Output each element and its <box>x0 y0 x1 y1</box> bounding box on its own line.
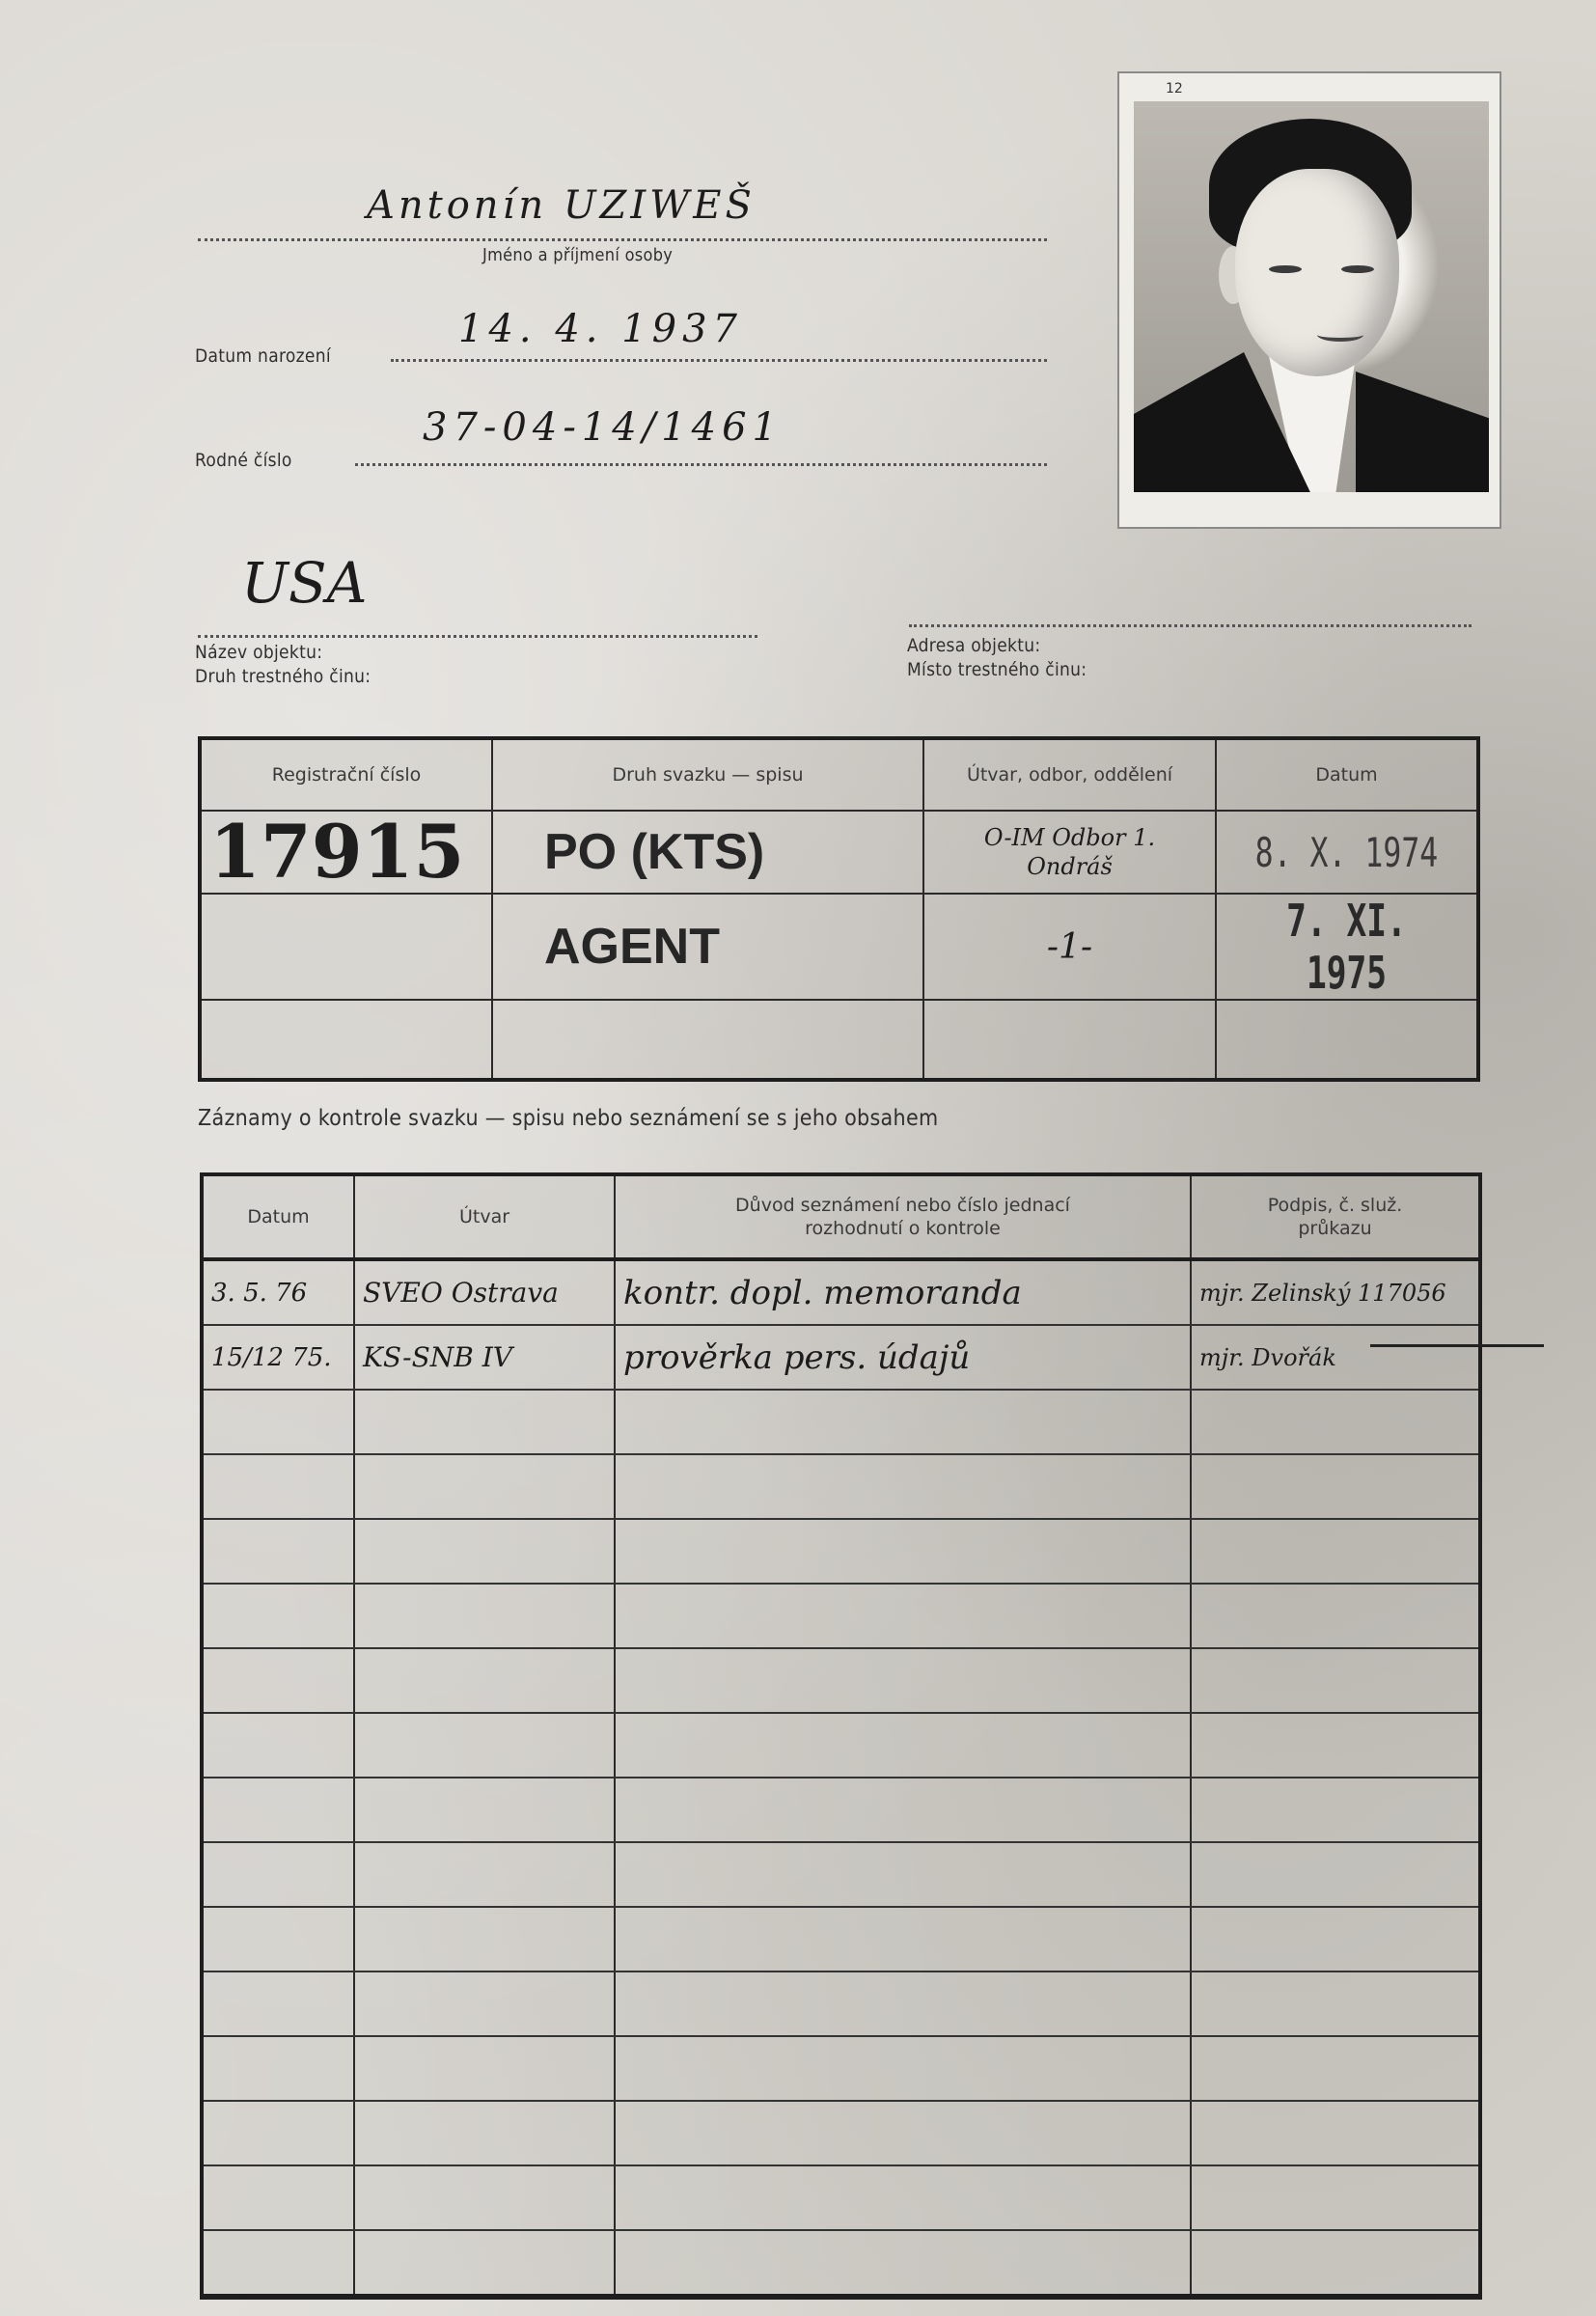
records-row <box>202 2036 1480 2101</box>
birth-date-value: 14. 4. 1937 <box>458 307 743 351</box>
header-reason: Důvod seznámení nebo číslo jednací rozho… <box>615 1174 1191 1259</box>
file-type: PO (KTS) <box>492 811 923 894</box>
date <box>1216 1000 1478 1080</box>
header-unit: Útvar <box>354 1174 615 1259</box>
offense-place-label: Místo trestného činu: <box>907 659 1087 680</box>
records-cell-reason <box>615 1907 1191 1971</box>
records-cell-signature <box>1191 1971 1480 2036</box>
object-address-line <box>909 624 1472 627</box>
registration-number <box>200 1000 492 1080</box>
object-name-value: USA <box>241 550 368 616</box>
records-cell-date <box>202 2101 354 2165</box>
registration-header-row: Registrační číslo Druh svazku — spisu Út… <box>200 738 1478 811</box>
records-cell-reason <box>615 1842 1191 1907</box>
records-cell-signature <box>1191 1648 1480 1713</box>
records-cell-signature <box>1191 2036 1480 2101</box>
photo-mark: 12 <box>1166 81 1183 96</box>
records-cell-unit <box>354 1842 615 1907</box>
records-cell-unit <box>354 1713 615 1778</box>
birth-date-label: Datum narození <box>195 345 331 367</box>
records-cell-unit <box>354 2101 615 2165</box>
records-cell-date <box>202 1454 354 1519</box>
records-cell-reason: prověrka pers. údajů <box>615 1325 1191 1390</box>
records-cell-reason <box>615 1648 1191 1713</box>
records-row: 3. 5. 76SVEO Ostravakontr. dopl. memoran… <box>202 1259 1480 1325</box>
birth-date-line <box>391 359 1047 362</box>
records-cell-unit <box>354 2036 615 2101</box>
records-cell-date <box>202 1907 354 1971</box>
records-cell-unit <box>354 1454 615 1519</box>
records-cell-unit <box>354 1971 615 2036</box>
records-row <box>202 1713 1480 1778</box>
records-cell-signature <box>1191 1454 1480 1519</box>
records-cell-signature <box>1191 2230 1480 2297</box>
records-cell-reason <box>615 2101 1191 2165</box>
records-cell-unit <box>354 1648 615 1713</box>
header-date: Datum <box>202 1174 354 1259</box>
object-name-label: Název objektu: <box>195 642 322 663</box>
records-cell-reason <box>615 1454 1191 1519</box>
records-row <box>202 1971 1480 2036</box>
header-date: Datum <box>1216 738 1478 811</box>
records-cell-signature <box>1191 1519 1480 1584</box>
records-cell-reason <box>615 1971 1191 2036</box>
records-cell-date <box>202 2165 354 2230</box>
records-row <box>202 2230 1480 2297</box>
offense-type-label: Druh trestného činu: <box>195 666 371 687</box>
person-name-line <box>198 238 1047 241</box>
file-type: AGENT <box>492 894 923 1000</box>
records-row <box>202 2101 1480 2165</box>
records-header-row: Datum Útvar Důvod seznámení nebo číslo j… <box>202 1174 1480 1259</box>
records-cell-reason <box>615 1584 1191 1648</box>
records-row <box>202 1584 1480 1648</box>
registration-table: Registrační číslo Druh svazku — spisu Út… <box>198 736 1480 1082</box>
records-cell-signature <box>1191 1907 1480 1971</box>
records-cell-date: 3. 5. 76 <box>202 1259 354 1325</box>
records-row <box>202 1519 1480 1584</box>
records-row <box>202 1842 1480 1907</box>
records-cell-signature <box>1191 1842 1480 1907</box>
records-cell-signature <box>1191 1584 1480 1648</box>
records-cell-unit <box>354 1907 615 1971</box>
records-cell-reason <box>615 1778 1191 1842</box>
records-cell-unit: SVEO Ostrava <box>354 1259 615 1325</box>
records-cell-reason <box>615 1713 1191 1778</box>
object-name-line <box>198 635 757 638</box>
records-row <box>202 1907 1480 1971</box>
records-cell-date: 15/12 75. <box>202 1325 354 1390</box>
records-cell-date <box>202 1648 354 1713</box>
records-cell-date <box>202 1390 354 1454</box>
records-row <box>202 1648 1480 1713</box>
records-cell-unit <box>354 1519 615 1584</box>
birth-number-label: Rodné číslo <box>195 450 292 471</box>
records-cell-signature <box>1191 2101 1480 2165</box>
records-cell-date <box>202 1713 354 1778</box>
date: 8. X. 1974 <box>1216 811 1478 894</box>
registration-row: 17915 PO (KTS) O-IM Odbor 1. Ondráš 8. X… <box>200 811 1478 894</box>
records-row <box>202 2165 1480 2230</box>
records-cell-unit <box>354 2230 615 2297</box>
registration-row: AGENT -1- 7. XI. 1975 <box>200 894 1478 1000</box>
records-cell-signature <box>1191 1778 1480 1842</box>
records-cell-signature: mjr. Dvořák <box>1191 1325 1480 1390</box>
records-cell-signature <box>1191 1713 1480 1778</box>
records-cell-reason <box>615 2230 1191 2297</box>
records-cell-signature: mjr. Zelinský 117056 <box>1191 1259 1480 1325</box>
records-table: Datum Útvar Důvod seznámení nebo číslo j… <box>200 1172 1482 2300</box>
unit <box>923 1000 1216 1080</box>
header-signature: Podpis, č. služ. průkazu <box>1191 1174 1480 1259</box>
records-row <box>202 1778 1480 1842</box>
registration-row <box>200 1000 1478 1080</box>
unit: O-IM Odbor 1. Ondráš <box>923 811 1216 894</box>
records-cell-date <box>202 1778 354 1842</box>
portrait-photo <box>1134 101 1489 492</box>
records-cell-unit <box>354 2165 615 2230</box>
records-cell-unit <box>354 1584 615 1648</box>
records-cell-signature <box>1191 2165 1480 2230</box>
records-caption: Záznamy o kontrole svazku — spisu nebo s… <box>198 1106 938 1131</box>
header-registration-number: Registrační číslo <box>200 738 492 811</box>
records-cell-unit <box>354 1390 615 1454</box>
records-cell-date <box>202 1584 354 1648</box>
records-cell-unit <box>354 1778 615 1842</box>
records-row <box>202 1390 1480 1454</box>
birth-number-line <box>355 463 1047 466</box>
records-cell-signature <box>1191 1390 1480 1454</box>
records-row <box>202 1454 1480 1519</box>
person-name-label: Jméno a příjmení osoby <box>482 245 673 265</box>
date: 7. XI. 1975 <box>1216 894 1478 1000</box>
file-type <box>492 1000 923 1080</box>
records-cell-reason: kontr. dopl. memoranda <box>615 1259 1191 1325</box>
signature-stroke <box>1370 1344 1544 1347</box>
records-cell-unit: KS-SNB IV <box>354 1325 615 1390</box>
birth-number-value: 37-04-14/1461 <box>423 405 783 450</box>
header-unit: Útvar, odbor, oddělení <box>923 738 1216 811</box>
records-cell-reason <box>615 1519 1191 1584</box>
person-name-value: Antonín UZIWEŠ <box>367 183 756 228</box>
records-cell-reason <box>615 1390 1191 1454</box>
records-cell-date <box>202 1971 354 2036</box>
records-cell-date <box>202 2230 354 2297</box>
header-file-type: Druh svazku — spisu <box>492 738 923 811</box>
registration-number <box>200 894 492 1000</box>
records-row: 15/12 75.KS-SNB IVprověrka pers. údajůmj… <box>202 1325 1480 1390</box>
records-cell-date <box>202 1842 354 1907</box>
records-cell-date <box>202 1519 354 1584</box>
unit: -1- <box>923 894 1216 1000</box>
records-cell-date <box>202 2036 354 2101</box>
records-cell-reason <box>615 2165 1191 2230</box>
registration-number: 17915 <box>200 811 492 894</box>
records-cell-reason <box>615 2036 1191 2101</box>
object-address-label: Adresa objektu: <box>907 635 1040 656</box>
